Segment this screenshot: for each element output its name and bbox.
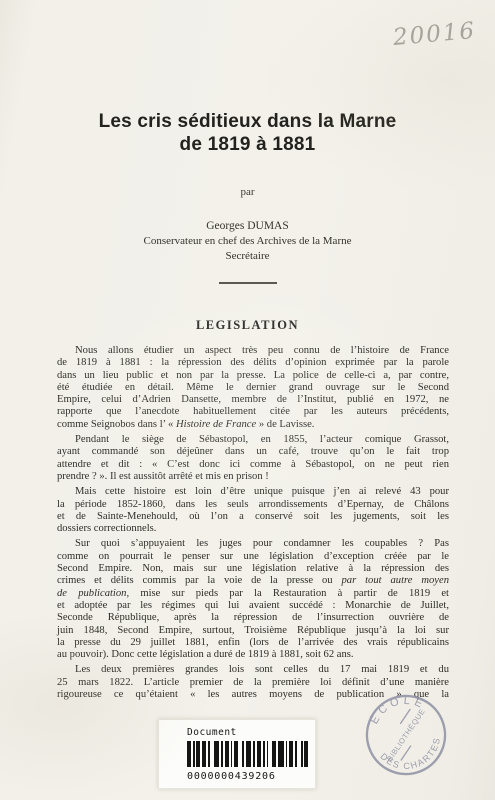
text-line: de publication, mise sur pieds par la Re…	[57, 588, 449, 600]
text-line: Sur quoi s’appuyaient les juges pour con…	[57, 538, 449, 550]
text-line: ayant commandé son déjeûner dans un café…	[57, 446, 449, 458]
library-stamp-icon: ÉCOLE DES CHARTES BIBLIOTHÈQUE	[346, 675, 466, 795]
article-body: Nous allons étudier un aspect très peu c…	[57, 345, 449, 704]
text-line: Mais cette histoire est loin d’être uniq…	[57, 486, 449, 498]
paragraph: Pendant le siège de Sébastopol, en 1855,…	[57, 434, 449, 483]
text-line: rapporte que l’anecdote habituellement c…	[57, 406, 449, 418]
text-line: été étudiée en détail. Même le dernier g…	[57, 382, 449, 394]
barcode-number: 0000000439206	[187, 771, 315, 782]
paragraph: Mais cette histoire est loin d’être uniq…	[57, 486, 449, 535]
handwritten-accession-number: 20016	[392, 19, 464, 51]
barcode-label: Document	[187, 727, 315, 738]
text-line: Nous allons étudier un aspect très peu c…	[57, 345, 449, 357]
text-line: Second Empire. Non, mais sur une législa…	[57, 563, 449, 575]
text-line: et de Sainte-Menehould, où l’on a conser…	[57, 511, 449, 523]
author-role: Secrétaire	[0, 250, 495, 262]
text-line: et adoptée par les régimes qui lui avaie…	[57, 600, 449, 612]
barcode-label-card: Document 0000000439206	[158, 719, 316, 789]
article-title: Les cris séditieux dans la Marne de 1819…	[0, 110, 495, 156]
text-line: comme Seignobos dans l’ « Histoire de Fr…	[57, 419, 449, 431]
text-line: au pouvoir). Donc cette législation a du…	[57, 649, 449, 661]
author-name: Georges DUMAS	[0, 220, 495, 232]
text-line: Seconde République, après la répression …	[57, 612, 449, 624]
text-line: juin 1848, Second Empire, surtout, Trois…	[57, 625, 449, 637]
article-title-line-2: de 1819 à 1881	[0, 133, 495, 156]
text-line: Pendant le siège de Sébastopol, en 1855,…	[57, 434, 449, 446]
text-line: Empire, celui d’Adrien Dansette, membre …	[57, 394, 449, 406]
text-line: de 1819 à 1881 : la répression des délit…	[57, 357, 449, 369]
text-line: attendre et dit : « C’est donc ici comme…	[57, 459, 449, 471]
text-line: la presse du 29 juillet 1881, enfin (lor…	[57, 637, 449, 649]
section-heading: LEGISLATION	[0, 318, 495, 333]
barcode-icon	[187, 741, 309, 767]
byline: par	[0, 186, 495, 198]
author-affiliation: Conservateur en chef des Archives de la …	[0, 235, 495, 247]
text-line: comme on pourrait le penser sur une légi…	[57, 551, 449, 563]
text-line: dans un lieu public et non par la presse…	[57, 370, 449, 382]
paragraph: Sur quoi s’appuyaient les juges pour con…	[57, 538, 449, 661]
paragraph: Nous allons étudier un aspect très peu c…	[57, 345, 449, 431]
article-title-line-1: Les cris séditieux dans la Marne	[0, 110, 495, 133]
title-divider	[219, 282, 277, 284]
text-line: crimes et délits commis par la voie de l…	[57, 575, 449, 587]
text-line: la période 1852-1860, dans les seuls arr…	[57, 499, 449, 511]
text-line: prendre ? ». Il est aussitôt arrêté et m…	[57, 471, 449, 483]
text-line: dossiers correctionnels.	[57, 523, 449, 535]
scanned-page: 20016 Les cris séditieux dans la Marne d…	[0, 0, 495, 800]
